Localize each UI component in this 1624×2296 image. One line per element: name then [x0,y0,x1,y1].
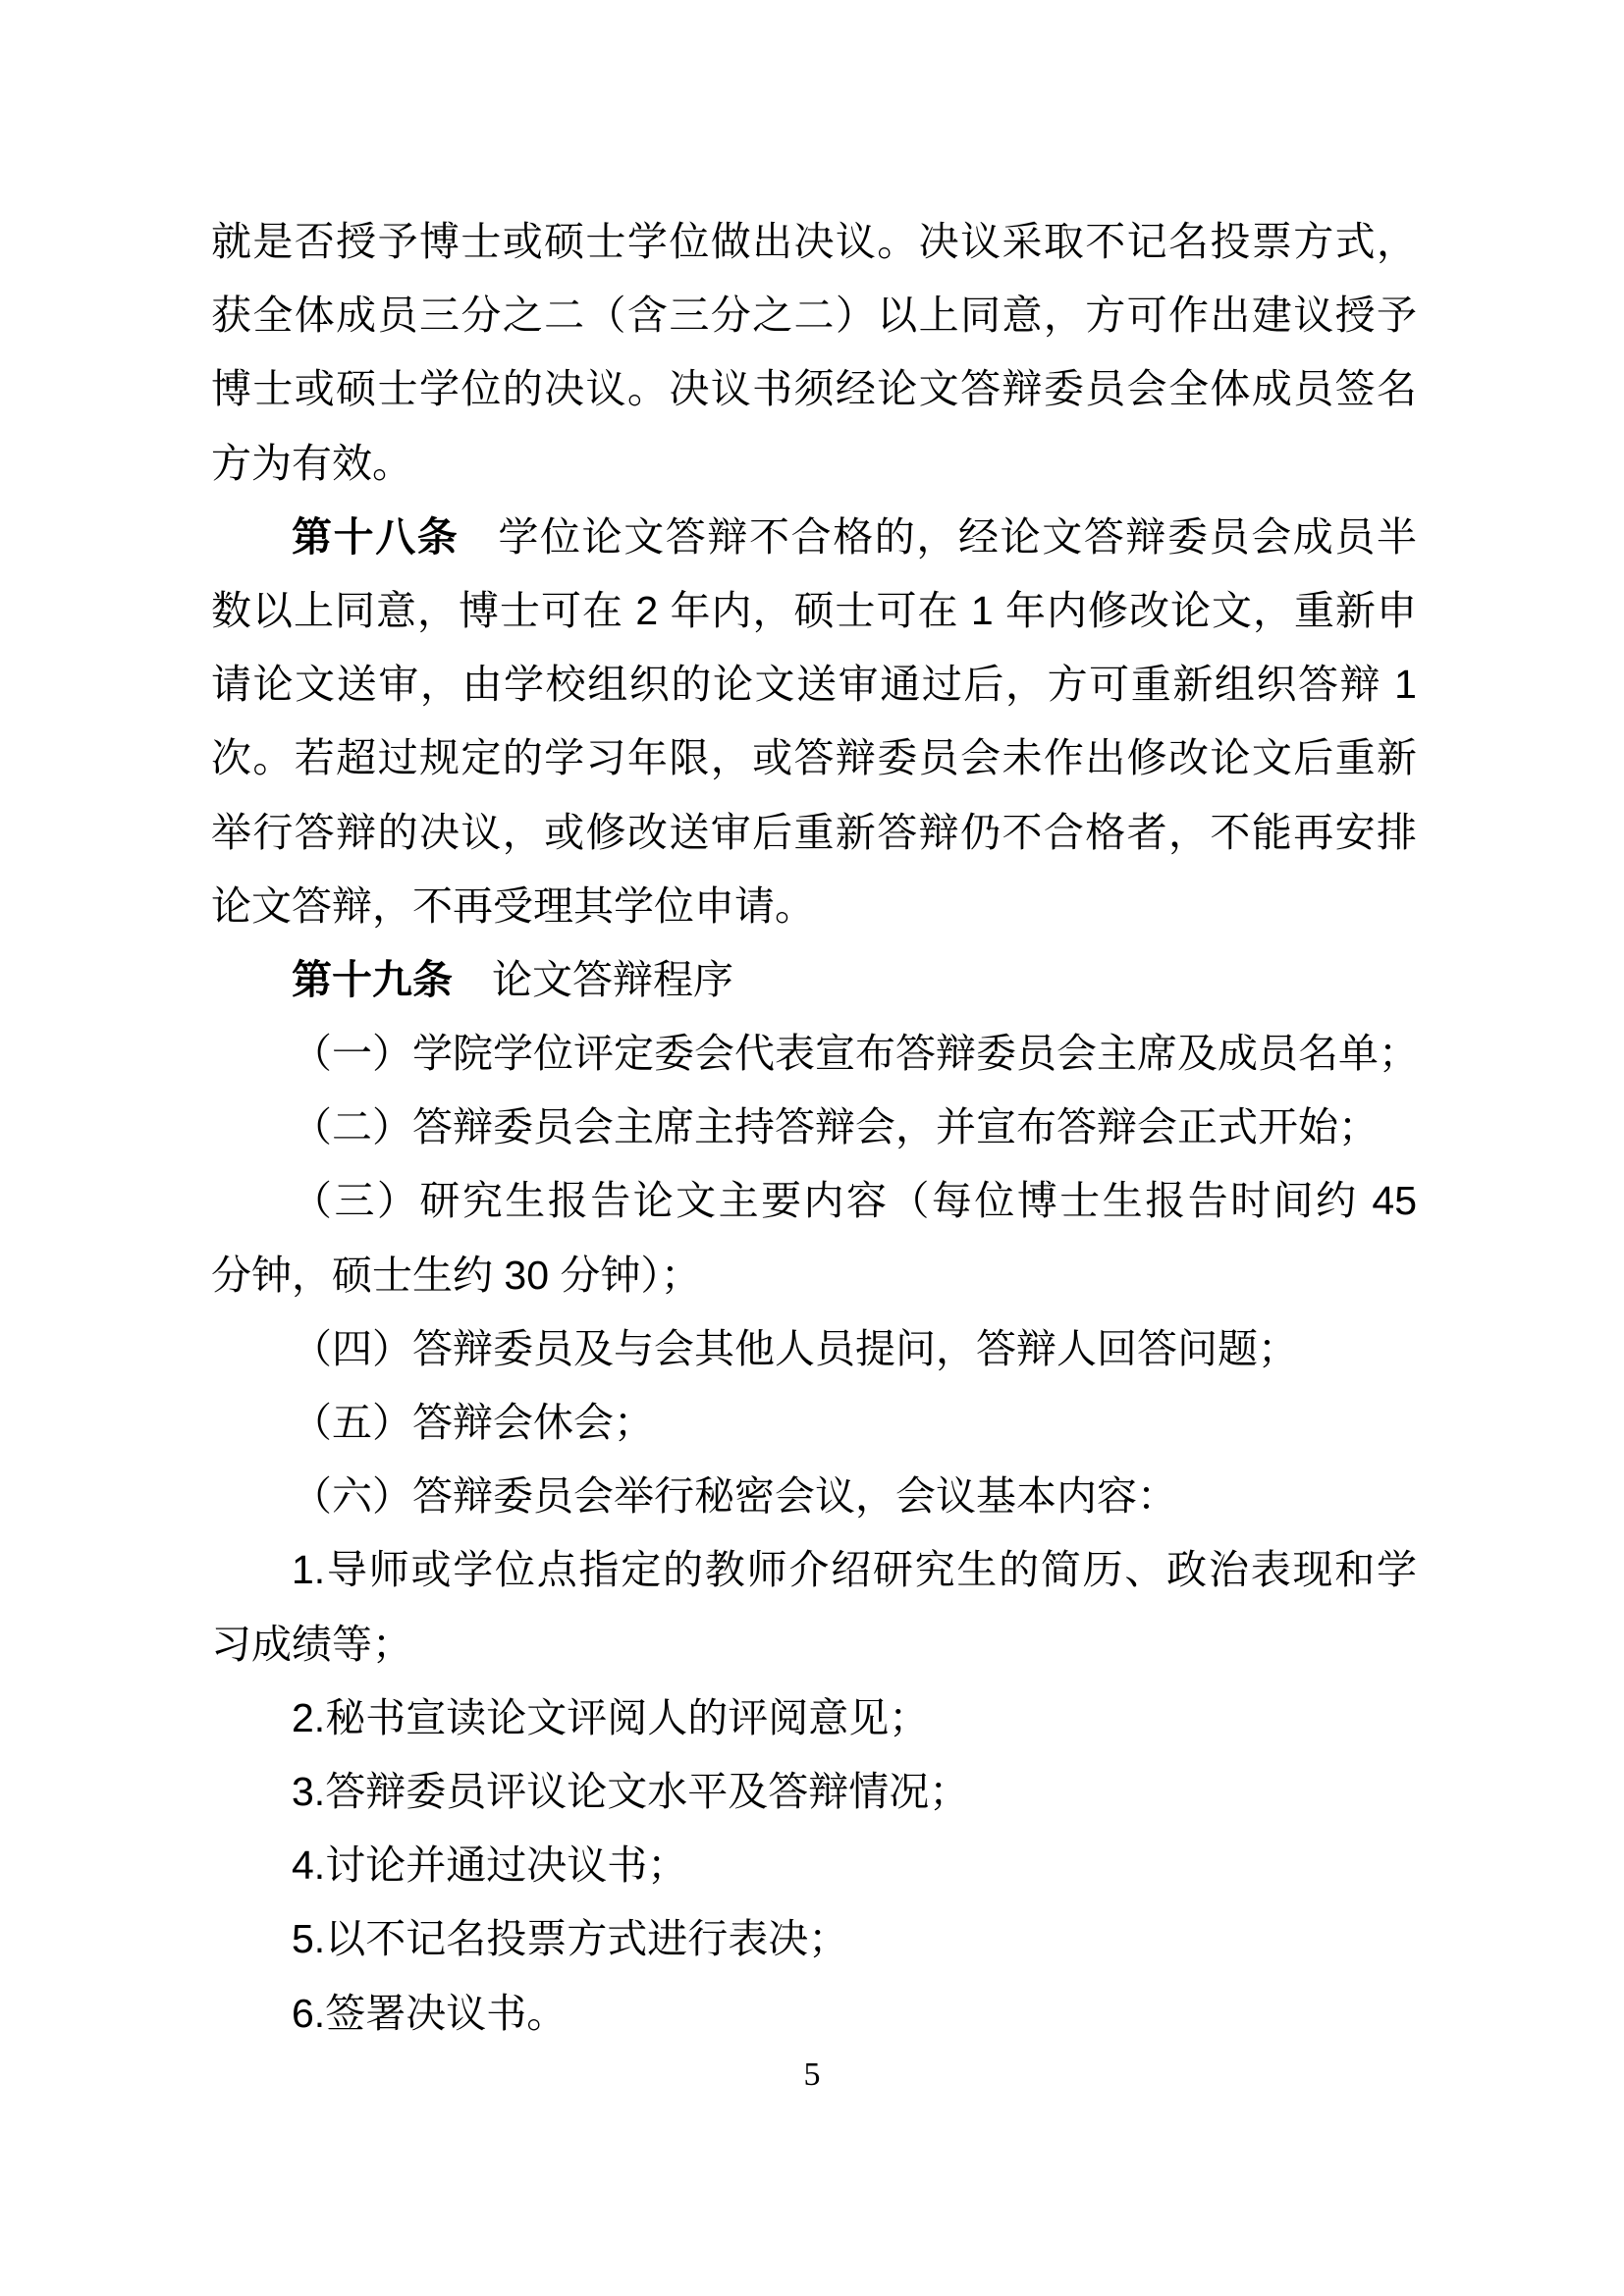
text-line: 数以上同意，博士可在 2 年内，硕士可在 1 年内修改论文，重新申 [211,574,1417,648]
page-number: 5 [0,2054,1624,2097]
text-line: 次。若超过规定的学习年限，或答辩委员会未作出修改论文后重新 [211,721,1417,795]
text-line: 获全体成员三分之二（含三分之二）以上同意，方可作出建议授予 [211,279,1417,352]
text-line: 6.签署决议书。 [211,1977,1417,2051]
text-line: 请论文送审，由学校组织的论文送审通过后，方可重新组织答辩 1 [211,648,1417,721]
text-line: （三）研究生报告论文主要内容（每位博士生报告时间约 45 [211,1164,1417,1238]
text-line: 分钟，硕士生约 30 分钟）； [211,1239,1417,1312]
text-line: 论文答辩，不再受理其学位申请。 [211,870,1417,943]
article-number-heading: 第十八条 [292,514,459,560]
text-line: 博士或硕士学位的决议。决议书须经论文答辩委员会全体成员签名 [211,352,1417,426]
text-line: 第十八条学位论文答辩不合格的，经论文答辩委员会成员半 [211,501,1417,574]
text-line: （六）答辩委员会举行秘密会议，会议基本内容： [211,1460,1417,1533]
article-number-heading: 第十九条 [292,957,453,1002]
text-line: 4.讨论并通过决议书； [211,1829,1417,1902]
article-text: 学位论文答辩不合格的，经论文答辩委员会成员半 [498,514,1417,560]
text-line: 就是否授予博士或硕士学位做出决议。决议采取不记名投票方式， [211,205,1417,279]
text-line: 3.答辩委员评议论文水平及答辩情况； [211,1755,1417,1829]
text-line: （五）答辩会休会； [211,1386,1417,1460]
article-text: 论文答辩程序 [492,957,733,1002]
text-line: （二）答辩委员会主席主持答辩会，并宣布答辩会正式开始； [211,1091,1417,1164]
text-line: 5.以不记名投票方式进行表决； [211,1902,1417,1976]
text-line: 2.秘书宣读论文评阅人的评阅意见； [211,1682,1417,1755]
scanned-document-page: 就是否授予博士或硕士学位做出决议。决议采取不记名投票方式， 获全体成员三分之二（… [0,0,1624,2296]
text-line: （一）学院学位评定委会代表宣布答辩委员会主席及成员名单； [211,1017,1417,1091]
text-line: 方为有效。 [211,427,1417,501]
text-line: 第十九条论文答辩程序 [211,943,1417,1017]
text-line: 习成绩等； [211,1608,1417,1682]
text-line: 举行答辩的决议，或修改送审后重新答辩仍不合格者，不能再安排 [211,796,1417,870]
text-line: （四）答辩委员及与会其他人员提问，答辩人回答问题； [211,1312,1417,1386]
document-body-text: 就是否授予博士或硕士学位做出决议。决议采取不记名投票方式， 获全体成员三分之二（… [211,205,1417,2051]
text-line: 1.导师或学位点指定的教师介绍研究生的简历、政治表现和学 [211,1533,1417,1607]
